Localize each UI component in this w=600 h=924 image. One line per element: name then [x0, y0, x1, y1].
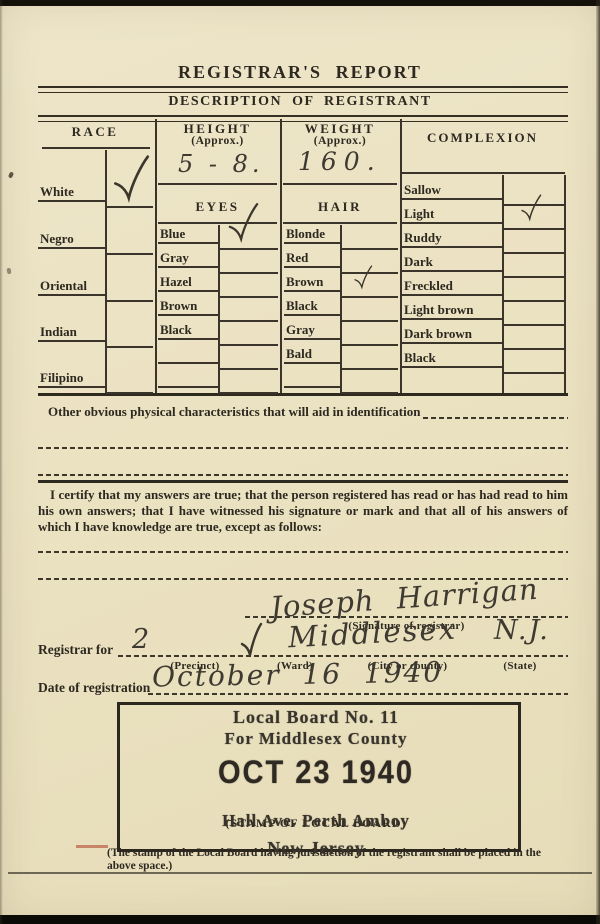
hair-option-blonde: Blonde [286, 226, 325, 242]
table-divider [400, 119, 402, 393]
eyes-option-brown: Brown [160, 298, 197, 314]
other-characteristics-label: Other obvious physical characteristics t… [38, 404, 420, 420]
fill-in-line [38, 551, 568, 553]
registrar-report-card: REGISTRAR'S REPORT DESCRIPTION OF REGIST… [0, 0, 600, 924]
race-option-oriental: Oriental [40, 278, 87, 294]
fill-in-blank [423, 417, 568, 419]
eyes-option-black: Black [160, 322, 192, 338]
race-check-underline [106, 253, 153, 255]
table-divider [280, 119, 282, 393]
eyes-check-underline [219, 296, 278, 298]
certification-text: I certify that my answers are true; that… [38, 487, 568, 535]
table-right-border [564, 175, 566, 393]
eyes-check-underline [219, 320, 278, 322]
eyes-label-underline [158, 290, 219, 292]
section-title: DESCRIPTION OF REGISTRANT [35, 94, 565, 110]
stamp-date: OCT 23 1940 [117, 755, 515, 792]
hair-label-underline [284, 314, 341, 316]
complexion-header: COMPLEXION [400, 130, 565, 146]
fill-in-line [38, 447, 568, 449]
complexion-option-light-brown: Light brown [404, 302, 473, 318]
scan-edge-left [0, 0, 3, 924]
hair-label-underline [284, 338, 341, 340]
height-approx-label: (Approx.) [155, 135, 280, 147]
race-label-underline [38, 200, 106, 202]
eyes-header-underline [158, 222, 277, 224]
ink-speck [7, 268, 12, 275]
hair-check-underline [341, 392, 398, 394]
eyes-header: EYES [155, 199, 280, 215]
eyes-option-hazel: Hazel [160, 274, 192, 290]
complexion-option-dark: Dark [404, 254, 433, 270]
ward-check-mark [239, 622, 263, 658]
scan-edge-right [596, 0, 600, 924]
date-of-registration-label: Date of registration [38, 680, 150, 696]
eyes-check-underline [219, 272, 278, 274]
eyes-check-underline [219, 248, 278, 250]
race-header-underline [42, 147, 150, 149]
weight-value-handwriting: 160. [298, 147, 382, 176]
check-mark [351, 265, 375, 290]
weight-value-underline [283, 183, 397, 185]
hair-header: HAIR [280, 199, 400, 215]
complexion-header-underline [400, 172, 565, 174]
check-mark [112, 154, 150, 204]
eyes-option-gray: Gray [160, 250, 189, 266]
complexion-label-underline [402, 222, 503, 224]
complexion-option-dark-brown: Dark brown [404, 326, 472, 342]
race-label-underline [38, 247, 106, 249]
eyes-label-underline [158, 338, 219, 340]
complexion-label-underline [402, 198, 503, 200]
hair-option-red: Red [286, 250, 308, 266]
scan-edge-bottom [0, 915, 600, 924]
race-check-underline [106, 300, 153, 302]
race-check-divider [105, 150, 107, 393]
ink-speck [8, 171, 14, 178]
complexion-check-underline [503, 372, 564, 374]
race-option-indian: Indian [40, 324, 77, 340]
section-rule [38, 480, 568, 483]
complexion-label-underline [402, 246, 503, 248]
date-line [148, 693, 568, 695]
fill-in-line [38, 474, 568, 476]
eyes-label-underline [158, 386, 219, 388]
stamp-state-line: New Jersey [117, 838, 515, 859]
hair-option-bald: Bald [286, 346, 312, 362]
complexion-check-underline [503, 300, 564, 302]
stamp-board-line: Local Board No. 11 [117, 707, 515, 728]
scan-edge-top [0, 0, 600, 6]
state-value-handwriting: N.J. [494, 615, 550, 646]
stamp-county-line: For Middlesex County [117, 729, 515, 749]
bottom-rule [8, 872, 592, 874]
complexion-check-underline [503, 252, 564, 254]
complexion-check-underline [503, 276, 564, 278]
complexion-option-sallow: Sallow [404, 182, 441, 198]
check-mark [517, 194, 545, 222]
complexion-label-underline [402, 318, 503, 320]
complexion-option-light: Light [404, 206, 434, 222]
complexion-check-divider [502, 175, 504, 393]
hair-option-brown: Brown [286, 274, 323, 290]
race-option-filipino: Filipino [40, 370, 83, 386]
hair-label-underline [284, 362, 341, 364]
other-characteristics-row: Other obvious physical characteristics t… [38, 404, 568, 420]
hair-option-black: Black [286, 298, 318, 314]
race-option-white: White [40, 184, 74, 200]
race-label-underline [38, 294, 106, 296]
hair-check-underline [341, 296, 398, 298]
race-check-underline [106, 346, 153, 348]
height-value-handwriting: 5 - 8. [178, 150, 264, 178]
hair-label-underline [284, 386, 341, 388]
hair-label-underline [284, 266, 341, 268]
header-rule [38, 86, 568, 93]
eyes-check-underline [219, 344, 278, 346]
complexion-label-underline [402, 342, 503, 344]
eyes-check-underline [219, 368, 278, 370]
eyes-label-underline [158, 362, 219, 364]
complexion-check-underline [503, 348, 564, 350]
eyes-label-underline [158, 266, 219, 268]
complexion-label-underline [402, 270, 503, 272]
complexion-check-underline [503, 324, 564, 326]
hair-check-underline [341, 368, 398, 370]
race-check-underline [106, 392, 153, 394]
race-label-underline [38, 386, 106, 388]
date-value-handwriting: October 16 1940 [152, 655, 444, 693]
red-pen-mark [76, 845, 108, 848]
hair-header-underline [283, 222, 397, 224]
complexion-check-underline [503, 228, 564, 230]
eyes-label-underline [158, 242, 219, 244]
race-label-underline [38, 340, 106, 342]
hair-check-underline [341, 320, 398, 322]
hair-label-underline [284, 242, 341, 244]
complexion-label-underline [402, 366, 503, 368]
registrar-for-label: Registrar for [38, 642, 113, 658]
race-header: RACE [38, 124, 152, 140]
hair-check-underline [341, 248, 398, 250]
eyes-label-underline [158, 314, 219, 316]
hair-label-underline [284, 290, 341, 292]
precinct-value-handwriting: 2 [132, 624, 149, 655]
state-caption: (State) [480, 660, 560, 672]
height-value-underline [158, 183, 277, 185]
race-option-negro: Negro [40, 231, 74, 247]
check-mark [227, 202, 259, 244]
page-title: REGISTRAR'S REPORT [35, 62, 565, 83]
table-divider [155, 119, 157, 393]
eyes-check-underline [219, 392, 278, 394]
complexion-option-freckled: Freckled [404, 278, 453, 294]
stamp-address-line: Hall Ave. Perth Amboy [117, 811, 515, 831]
hair-option-gray: Gray [286, 322, 315, 338]
eyes-option-blue: Blue [160, 226, 185, 242]
complexion-option-ruddy: Ruddy [404, 230, 442, 246]
hair-check-underline [341, 344, 398, 346]
complexion-option-black: Black [404, 350, 436, 366]
complexion-label-underline [402, 294, 503, 296]
weight-approx-label: (Approx.) [280, 135, 400, 147]
race-check-underline [106, 206, 153, 208]
